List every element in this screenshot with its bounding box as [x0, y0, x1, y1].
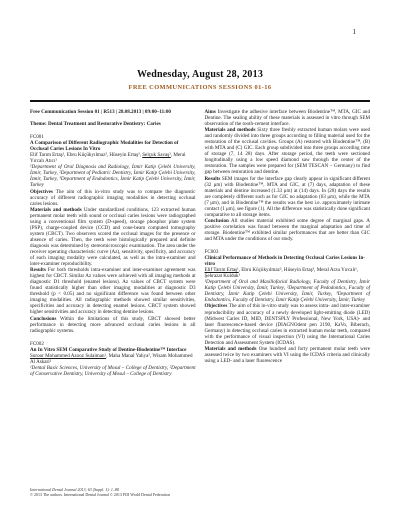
- section-heading: FREE COMMUNICATIONS SESSIONS 01-16: [0, 84, 400, 91]
- abstract-authors-fc002: Suroor Mohammed Azooz Sulaiman¹, Maha Ma…: [30, 353, 196, 365]
- paragraph-text: The aim of this in-vitro study was to co…: [30, 189, 196, 207]
- abstract-authors-fc003: Elif Tarım Ertaş¹, Ebru Küçükyılmaz², Hü…: [205, 267, 371, 279]
- abstract-paragraph: Materials and methods One hundred and fo…: [205, 346, 371, 364]
- two-column-body: Free Communication Session 01 | R513 | 2…: [30, 109, 370, 377]
- session-theme: Theme: Dental Treatment and Restorative …: [30, 121, 196, 127]
- abstract-paragraph: Objectives The aim of this in-vitro stud…: [205, 303, 371, 345]
- abstract-paragraph: Materials and methods Sixty three freshl…: [205, 127, 371, 175]
- column-right: Aims Investigate the adhesive interface …: [205, 109, 371, 377]
- paragraph-text: Under standardized conditions, 123 extra…: [30, 207, 196, 267]
- header-rule: [30, 100, 370, 102]
- paragraph-text: Investigate the adhesive interface betwe…: [205, 109, 371, 127]
- abstract-paragraph: Conclusions Within the limitations of th…: [30, 316, 196, 334]
- abstract-paragraph: Materials and methods Under standardized…: [30, 207, 196, 267]
- abstract-affiliations-fc001: ¹Department of Oral Diagnosis and Radiol…: [30, 164, 196, 188]
- abstract-authors-fc001: Elif Tarım Ertaş¹, Ebru Küçükyılmaz², Hü…: [30, 152, 196, 164]
- paragraph-text: Sixty three freshly extracted human mola…: [205, 127, 371, 175]
- paragraph-text: The aim of this in-vitro study was to as…: [205, 303, 371, 345]
- abstract-paragraph: Conclusion All studies material exhibite…: [205, 218, 371, 242]
- paragraph-text: SEM images for the interface gap clearly…: [205, 176, 371, 218]
- abstract-title-fc003: Clinical Performance of Methods in Detec…: [205, 255, 371, 267]
- abstract-title-fc001: A Comparison of Different Radiographic M…: [30, 140, 196, 152]
- abstract-paragraph: Objectives The aim of this in-vitro stud…: [30, 189, 196, 207]
- abstract-paragraph: Results For both thresholds intra-examin…: [30, 267, 196, 315]
- session-header: Free Communication Session 01 | R513 | 2…: [30, 109, 196, 115]
- abstract-affiliations-fc003: ¹Department of Oral and Maxillofacial Ra…: [205, 279, 371, 303]
- date-heading: Wednesday, August 28, 2013: [0, 69, 400, 80]
- footer-copyright-line: © 2013 The authors. International Dental…: [30, 492, 370, 497]
- abstract-paragraph: Aims Investigate the adhesive interface …: [205, 109, 371, 127]
- abstract-paragraph: Results SEM images for the interface gap…: [205, 176, 371, 218]
- paragraph-text: All studies material exhibited some degr…: [205, 218, 371, 242]
- page-footer: International Dental Journal 2013; 63 (S…: [30, 487, 370, 497]
- presenter-name: Selçuk Savaş²: [142, 152, 171, 158]
- paragraph-text: For both thresholds intra-examiner and i…: [30, 267, 196, 315]
- page-number: 1: [353, 28, 357, 36]
- column-left: Free Communication Session 01 | R513 | 2…: [30, 109, 196, 377]
- abstract-affiliations-fc002: ¹Dental Basic Sciences, University of Mo…: [30, 365, 196, 377]
